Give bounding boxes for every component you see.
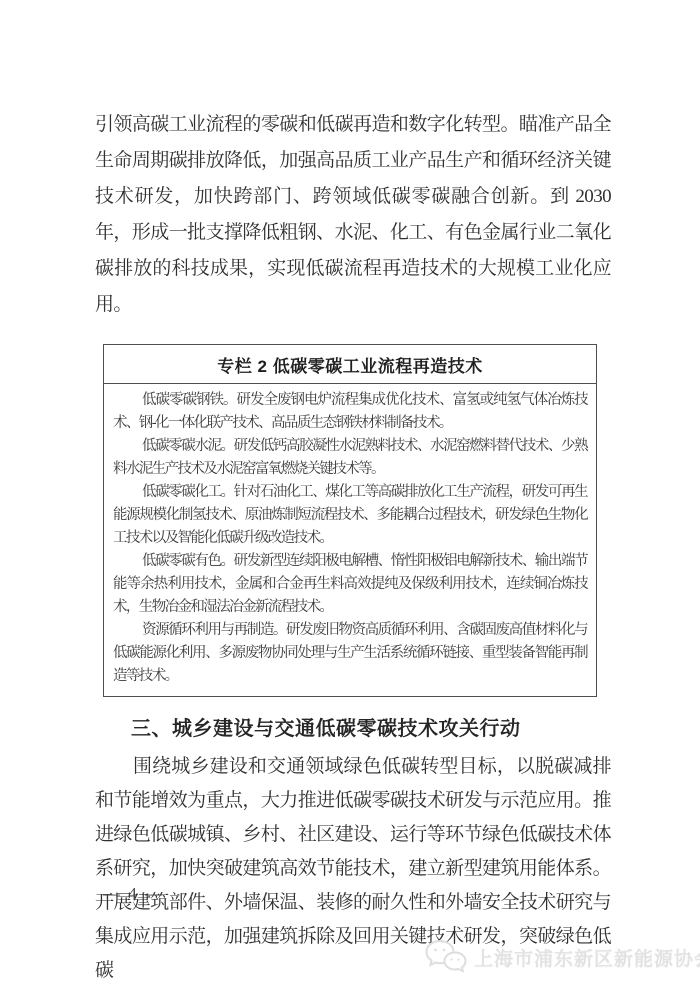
- callout-box-body: 低碳零碳钢铁。研发全废钢电炉流程集成优化技术、富氢或纯氢气体冶炼技术、钢-化一体…: [104, 384, 596, 696]
- watermark-text: 上海市浦东新区新能源协会: [474, 944, 700, 971]
- document-page: 引领高碳工业流程的零碳和低碳再造和数字化转型。瞄准产品全生命周期碳排放降低，加强…: [0, 0, 700, 990]
- callout-box-title: 专栏 2 低碳零碳工业流程再造技术: [104, 345, 596, 384]
- watermark: 上海市浦东新区新能源协会: [424, 938, 700, 976]
- callout-paragraph-chemical: 低碳零碳化工。针对石油化工、煤化工等高碳排放化工生产流程，研发可再生能源规模化制…: [113, 481, 587, 550]
- page-number: — 4 —: [103, 884, 164, 904]
- callout-paragraph-nonferrous: 低碳零碳有色。研发新型连续阳极电解槽、惰性阳极铝电解新技术、输出端节能等余热利用…: [113, 550, 587, 619]
- callout-paragraph-recycling: 资源循环利用与再制造。研发废旧物资高质循环利用、含碳固废高值材料化与低碳能源化利…: [113, 619, 587, 688]
- wechat-chat-bubbles-icon: [424, 938, 468, 976]
- callout-paragraph-steel: 低碳零碳钢铁。研发全废钢电炉流程集成优化技术、富氢或纯氢气体冶炼技术、钢-化一体…: [113, 389, 587, 435]
- callout-paragraph-cement: 低碳零碳水泥。研发低钙高胶凝性水泥熟料技术、水泥窑燃料替代技术、少熟料水泥生产技…: [113, 435, 587, 481]
- intro-paragraph: 引领高碳工业流程的零碳和低碳再造和数字化转型。瞄准产品全生命周期碳排放降低，加强…: [95, 107, 611, 323]
- section-heading: 三、城乡建设与交通低碳零碳技术攻关行动: [95, 712, 611, 741]
- callout-box: 专栏 2 低碳零碳工业流程再造技术 低碳零碳钢铁。研发全废钢电炉流程集成优化技术…: [103, 344, 597, 697]
